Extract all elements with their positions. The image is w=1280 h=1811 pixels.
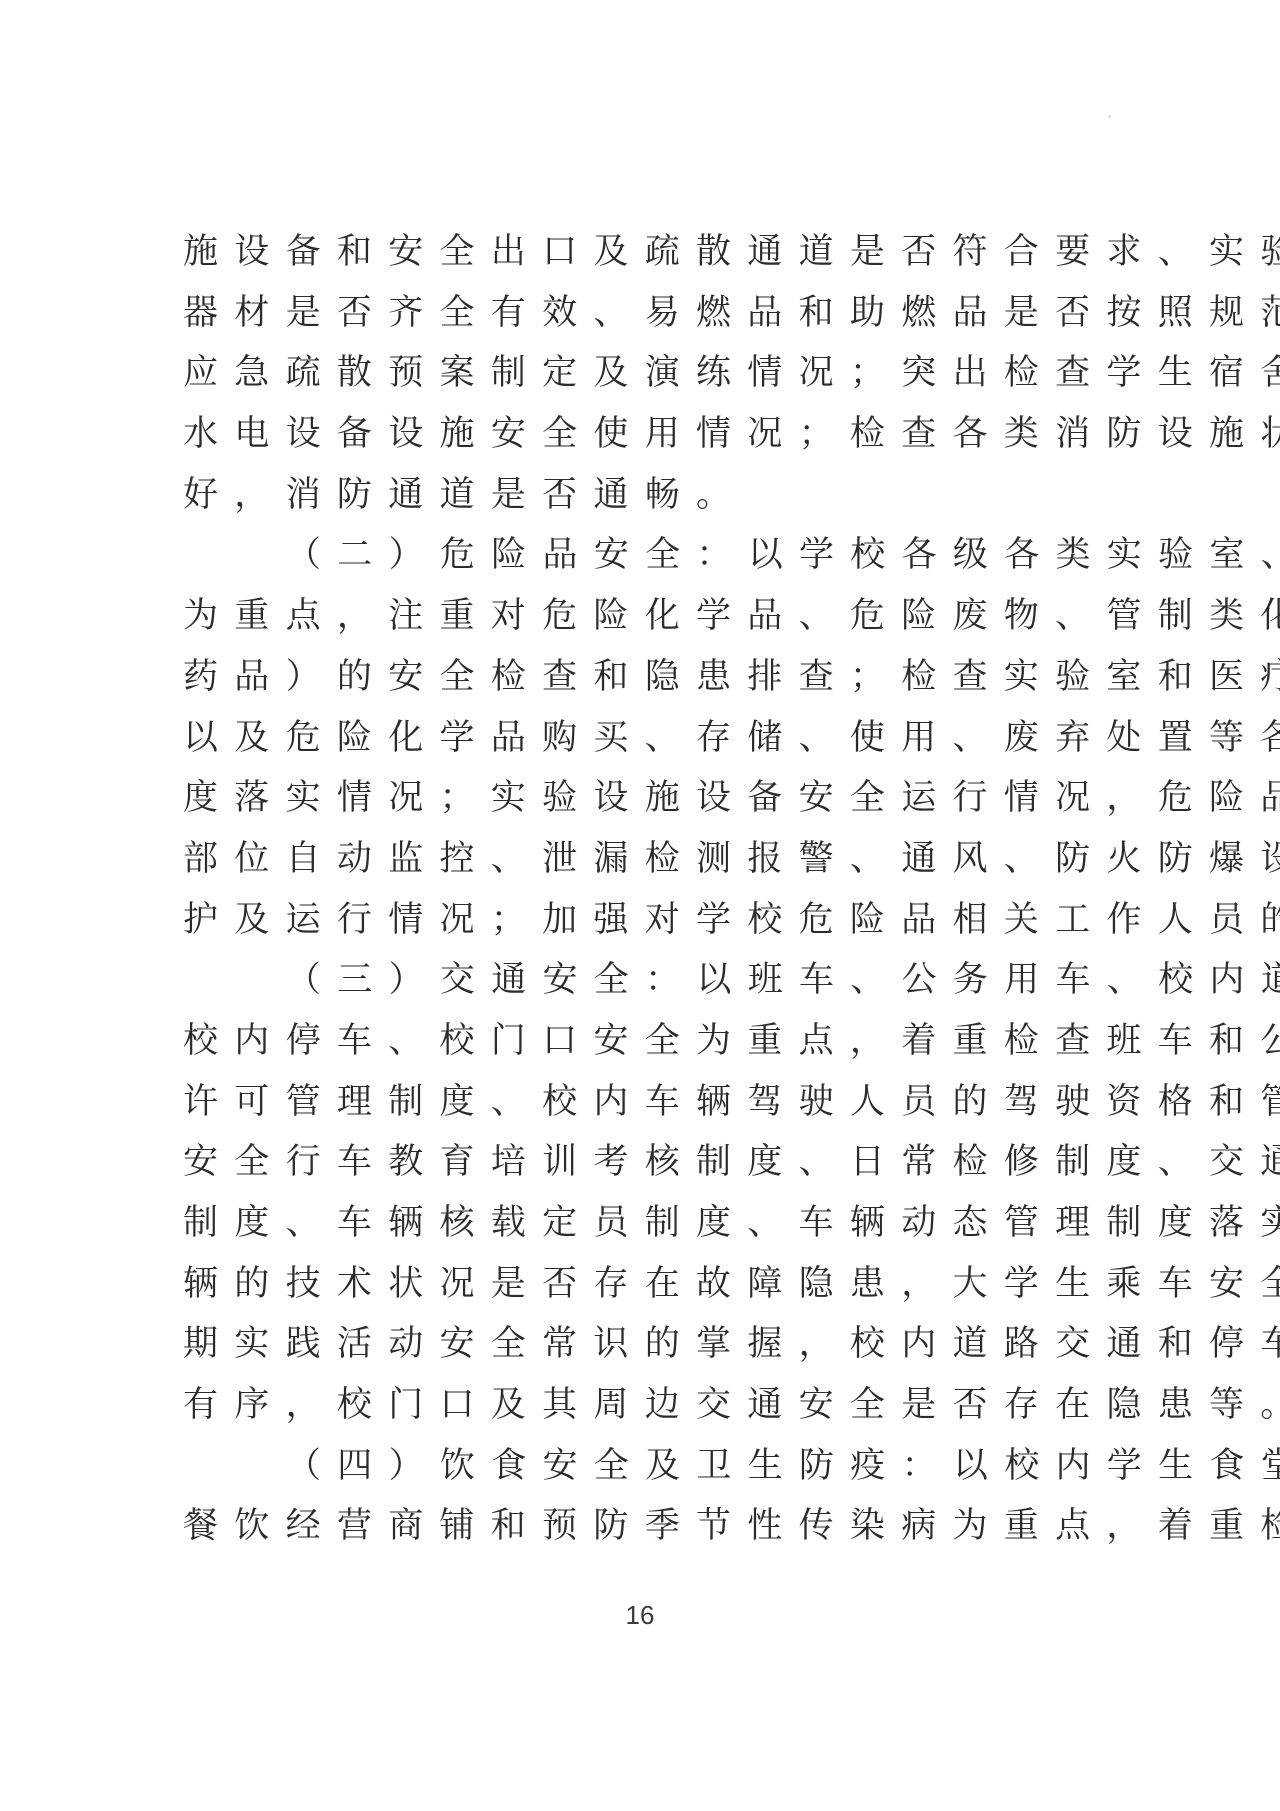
text-line: 部位自动监控、泄漏检测报警、通风、防火防爆设施设置维: [183, 829, 1123, 890]
text-line: 度落实情况；实验设施设备安全运行情况，危险品相关重点: [183, 768, 1123, 829]
paragraph-hazardous-materials: （二）危险品安全：以学校各级各类实验室、校医务室 为重点，注重对危险化学品、危险…: [183, 525, 1123, 950]
text-line: 辆的技术状况是否存在故障隐患，大学生乘车安全知识和假: [183, 1254, 1123, 1315]
text-line: 餐饮经营商铺和预防季节性传染病为重点，着重检查食堂及: [183, 1496, 1123, 1557]
page-number: 16: [0, 1600, 1280, 1631]
text-line: 施设备和安全出口及疏散通道是否符合要求、实验室内消防: [183, 222, 1123, 283]
text-line: 安全行车教育培训考核制度、日常检修制度、交通违法处置: [183, 1132, 1123, 1193]
paragraph-food-safety: （四）饮食安全及卫生防疫：以校内学生食堂、超市、 餐饮经营商铺和预防季节性传染病…: [183, 1436, 1123, 1557]
text-line: 有序，校门口及其周边交通安全是否存在隐患等。: [183, 1375, 1123, 1436]
text-line: 好，消防通道是否通畅。: [183, 465, 1123, 526]
paragraph-fire-safety-continued: 施设备和安全出口及疏散通道是否符合要求、实验室内消防 器材是否齐全有效、易燃品和…: [183, 222, 1123, 525]
text-line: 水电设备设施安全使用情况；检查各类消防设施状态是否良: [183, 404, 1123, 465]
text-line: 许可管理制度、校内车辆驾驶人员的驾驶资格和管理制度、: [183, 1072, 1123, 1133]
document-page: 施设备和安全出口及疏散通道是否符合要求、实验室内消防 器材是否齐全有效、易燃品和…: [0, 0, 1280, 1811]
text-line: 校内停车、校门口安全为重点，着重检查班车和公务车使用: [183, 1011, 1123, 1072]
text-line: 器材是否齐全有效、易燃品和助燃品是否按照规范进行存储、: [183, 283, 1123, 344]
text-line: 为重点，注重对危险化学品、危险废物、管制类化学品（或: [183, 586, 1123, 647]
text-line: 护及运行情况；加强对学校危险品相关工作人员的安全培训。: [183, 890, 1123, 951]
scan-speck: [1108, 115, 1111, 118]
text-line: 药品）的安全检查和隐患排查；检查实验室和医疗人员管理: [183, 647, 1123, 708]
text-line: （三）交通安全：以班车、公务用车、校内道路交通、: [183, 950, 1123, 1011]
text-line: 以及危险化学品购买、存储、使用、废弃处置等各个环节制: [183, 708, 1123, 769]
body-text: 施设备和安全出口及疏散通道是否符合要求、实验室内消防 器材是否齐全有效、易燃品和…: [183, 222, 1123, 1557]
text-line: 期实践活动安全常识的掌握，校内道路交通和停车是否合理: [183, 1314, 1123, 1375]
text-line: （四）饮食安全及卫生防疫：以校内学生食堂、超市、: [183, 1436, 1123, 1497]
paragraph-traffic-safety: （三）交通安全：以班车、公务用车、校内道路交通、 校内停车、校门口安全为重点，着…: [183, 950, 1123, 1436]
text-line: （二）危险品安全：以学校各级各类实验室、校医务室: [183, 525, 1123, 586]
text-line: 应急疏散预案制定及演练情况；突出检查学生宿舍内床铺、: [183, 343, 1123, 404]
text-line: 制度、车辆核载定员制度、车辆动态管理制度落实情况，车: [183, 1193, 1123, 1254]
